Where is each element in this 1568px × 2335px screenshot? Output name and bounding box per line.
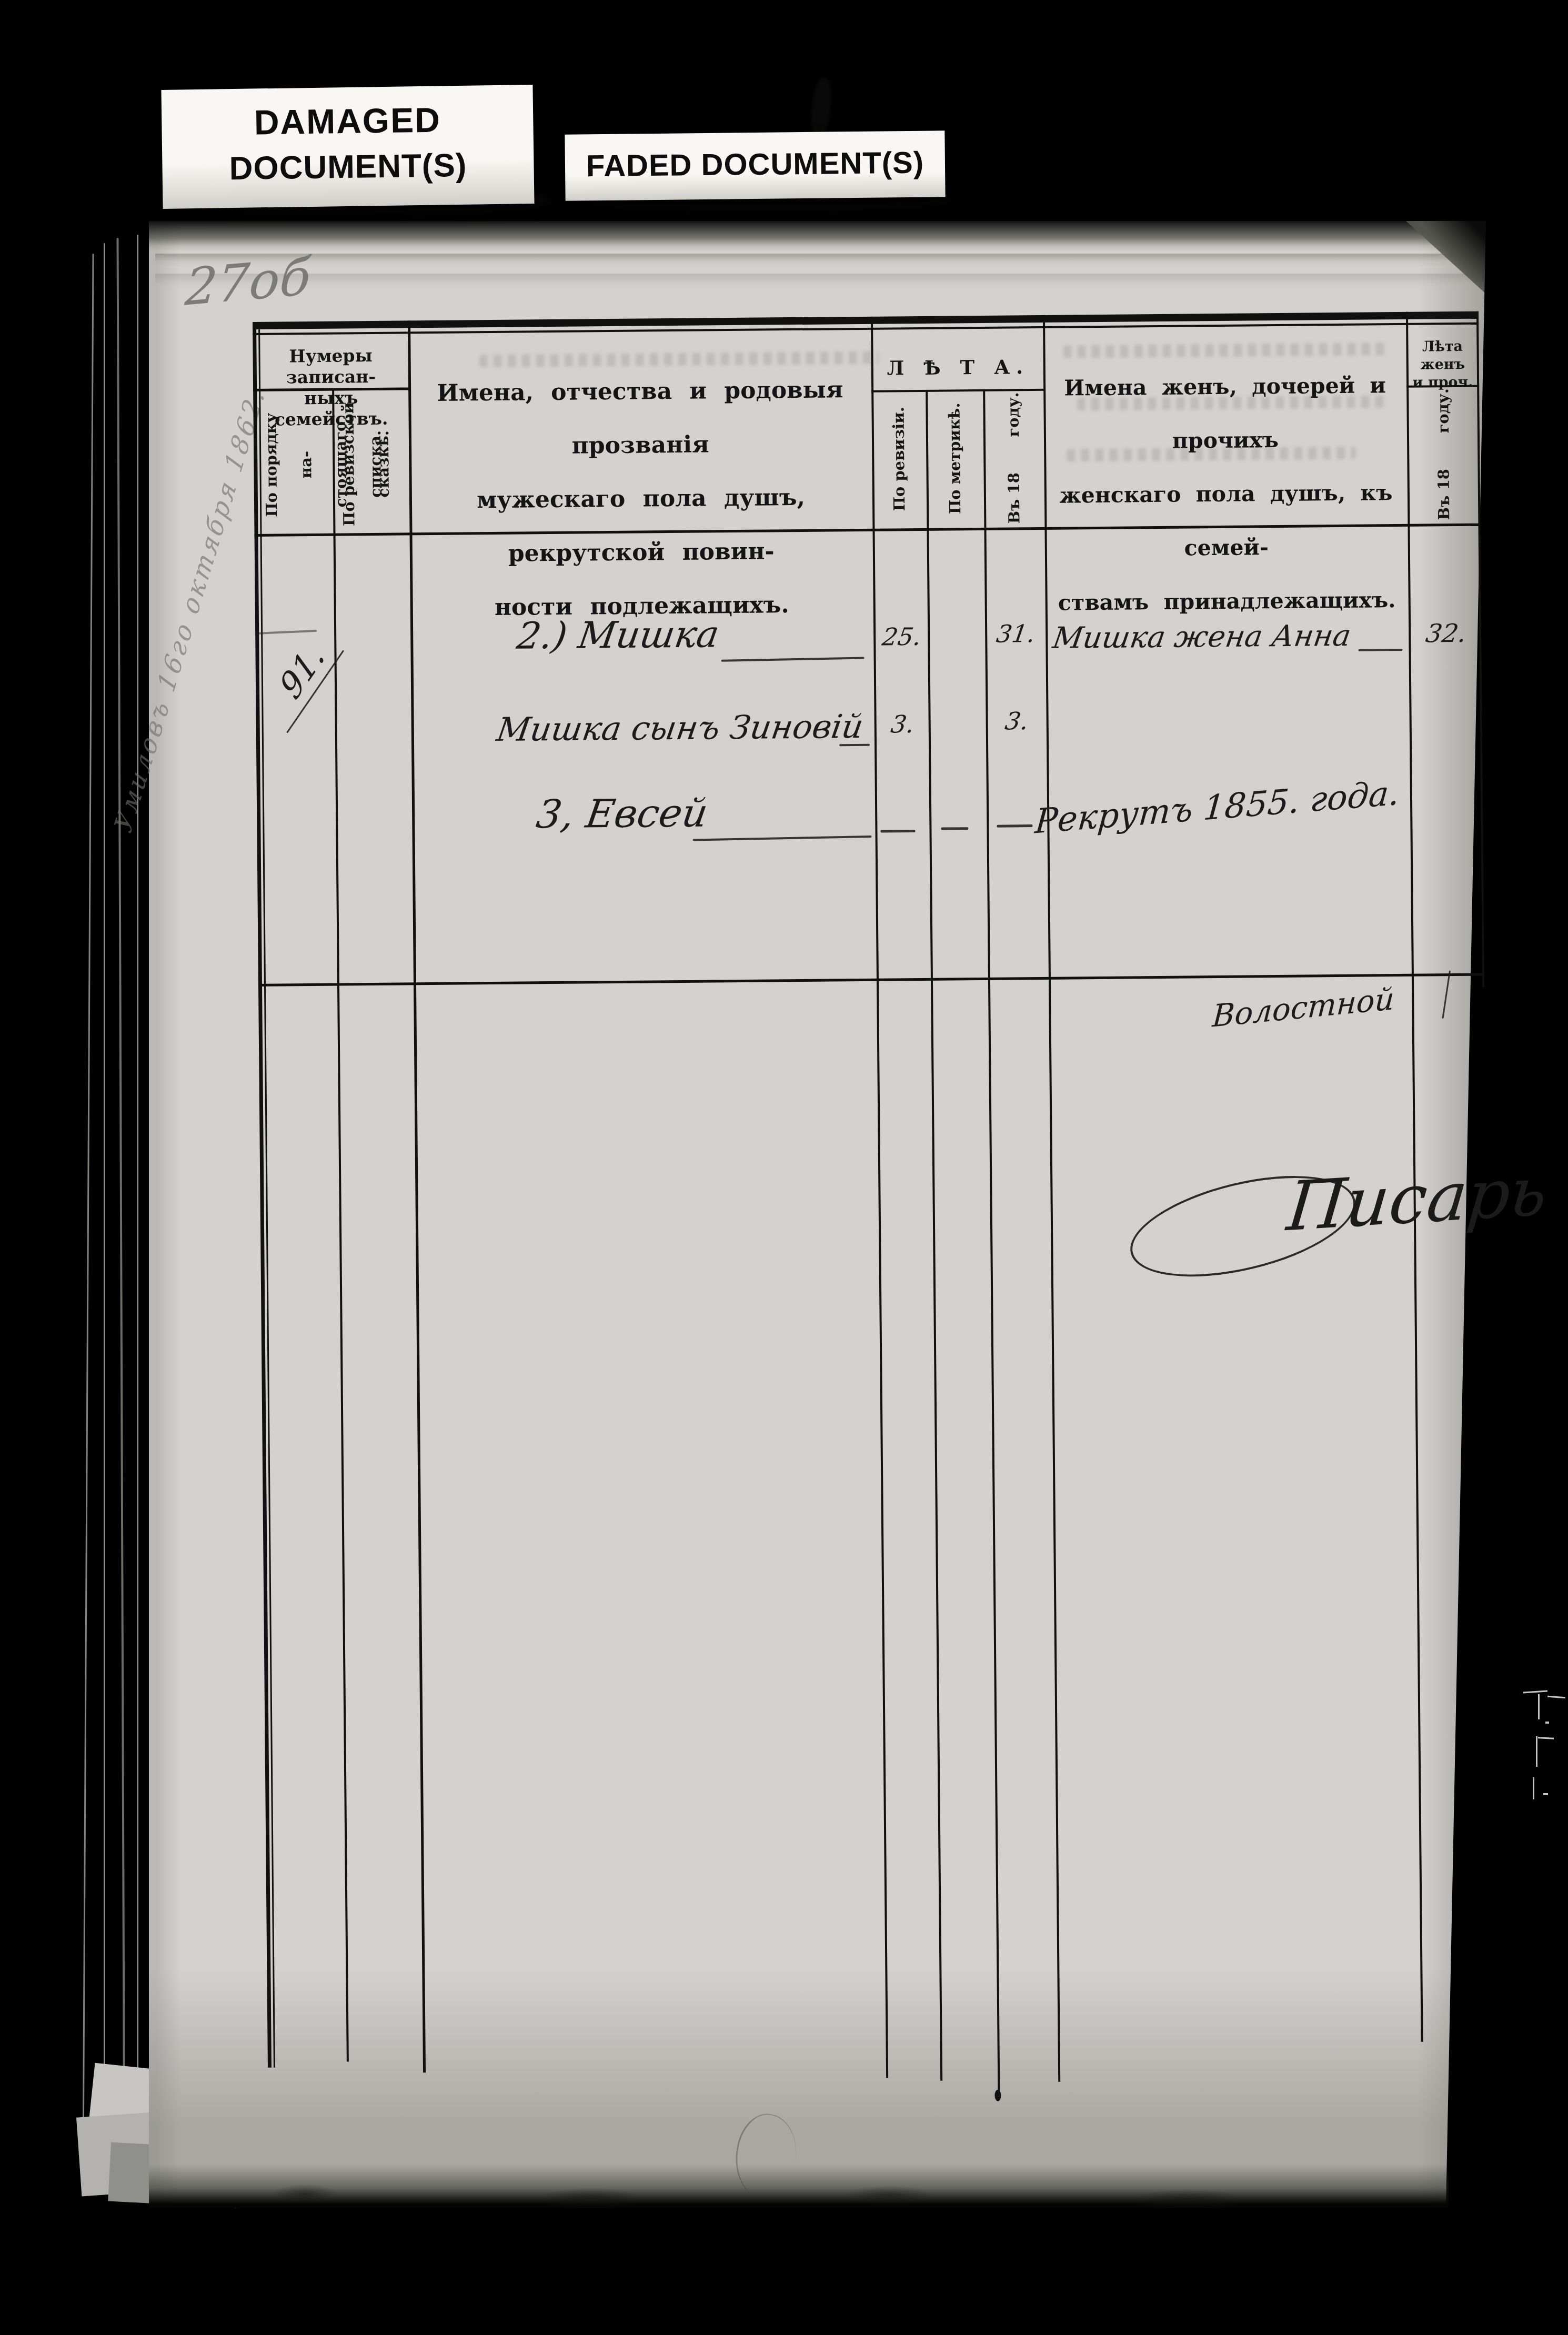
family-number: 91.	[271, 638, 334, 704]
male-name-2-dash	[839, 744, 870, 747]
male-age-metric-3-dash	[941, 827, 968, 830]
page-stack-edge	[137, 235, 138, 2195]
damaged-label-line1: DAMAGED	[162, 98, 534, 144]
male-age-revision-3-dash	[880, 830, 915, 833]
faded-document-label: FADED DOCUMENT(S)	[565, 130, 945, 201]
male-age-revision-1: 25.	[876, 622, 928, 651]
male-age-18-3-dash	[997, 824, 1032, 828]
dark-edge-blob	[809, 77, 834, 137]
signature-volost: Волостной	[1211, 981, 1396, 1034]
page-stack-edge	[104, 243, 105, 2185]
signature-flourish-mark	[1442, 971, 1451, 1019]
col-line-ages-left	[871, 317, 888, 2078]
damaged-document-label: DAMAGED DOCUMENT(S)	[161, 85, 534, 209]
page-number-pencil: 27об	[183, 247, 313, 317]
register-table: Нумеры записан- ныхъ семействъ. По поряд…	[253, 311, 1494, 2111]
scanned-archival-page: { "colors": { "background": "#000000", "…	[0, 0, 1568, 2335]
ink-blob	[994, 2090, 1001, 2101]
page-stack-edge	[117, 238, 126, 2190]
page-stack-edge	[82, 254, 94, 2174]
header-wives-age-title: Лѣта женъ и проч.	[1406, 338, 1479, 392]
signature-clerk: Писарь	[1285, 1152, 1550, 1246]
male-age-18-1: 31.	[987, 619, 1045, 648]
bleedthrough-smudge	[1063, 343, 1389, 358]
paper-fold-streak	[155, 254, 1481, 267]
male-age-revision-2: 3.	[876, 710, 929, 739]
header-col-revision: По ревизской сказкѣ.	[330, 395, 410, 532]
header-col-order: По порядку на- стоящаго списка.	[253, 396, 333, 534]
faded-label-text: FADED DOCUMENT(S)	[565, 130, 945, 199]
male-name-1: 2.) Мишка	[517, 612, 719, 657]
pencil-dash	[258, 630, 317, 635]
header-numbers-line1: Нумеры записан-	[253, 345, 409, 388]
header-wives-in18: Въ 18 году.	[1417, 388, 1470, 520]
header-age-by-revision: По ревизіи.	[872, 393, 926, 525]
female-name-1: Мишка жена Анна	[1053, 619, 1351, 656]
col-line-order	[332, 390, 349, 2062]
torn-top-edge	[149, 221, 1497, 251]
male-name-2: Мишка сынъ Зиновій	[497, 707, 863, 749]
female-age-1: 32.	[1411, 619, 1481, 649]
row-divider-rule	[258, 973, 1484, 987]
female-name-1-dash	[1359, 649, 1403, 651]
crumpled-bottom-edge	[149, 2146, 1449, 2208]
header-age-in18: Въ 18 году.	[987, 392, 1040, 524]
male-name-3: 3, Евсей	[537, 790, 708, 837]
header-males-title: Имена, отчества и родовыя прозванія муже…	[419, 363, 863, 635]
header-age-by-metric: По метрикѣ.	[928, 392, 981, 525]
male-age-18-2: 3.	[988, 707, 1046, 736]
header-females-title: Имена женъ, дочерей и прочихъ женскаго п…	[1054, 358, 1398, 630]
next-page-ghost-lines	[1518, 1684, 1568, 1805]
recruit-note: Рекрутъ 1855. года.	[1033, 774, 1401, 841]
paper-fold-streak	[155, 274, 1481, 290]
damaged-label-line2: DOCUMENT(S)	[162, 146, 534, 188]
male-name-3-dash	[693, 836, 872, 841]
male-name-1-dash	[721, 657, 865, 661]
header-ages-title: Л Ѣ Т А.	[871, 355, 1045, 380]
